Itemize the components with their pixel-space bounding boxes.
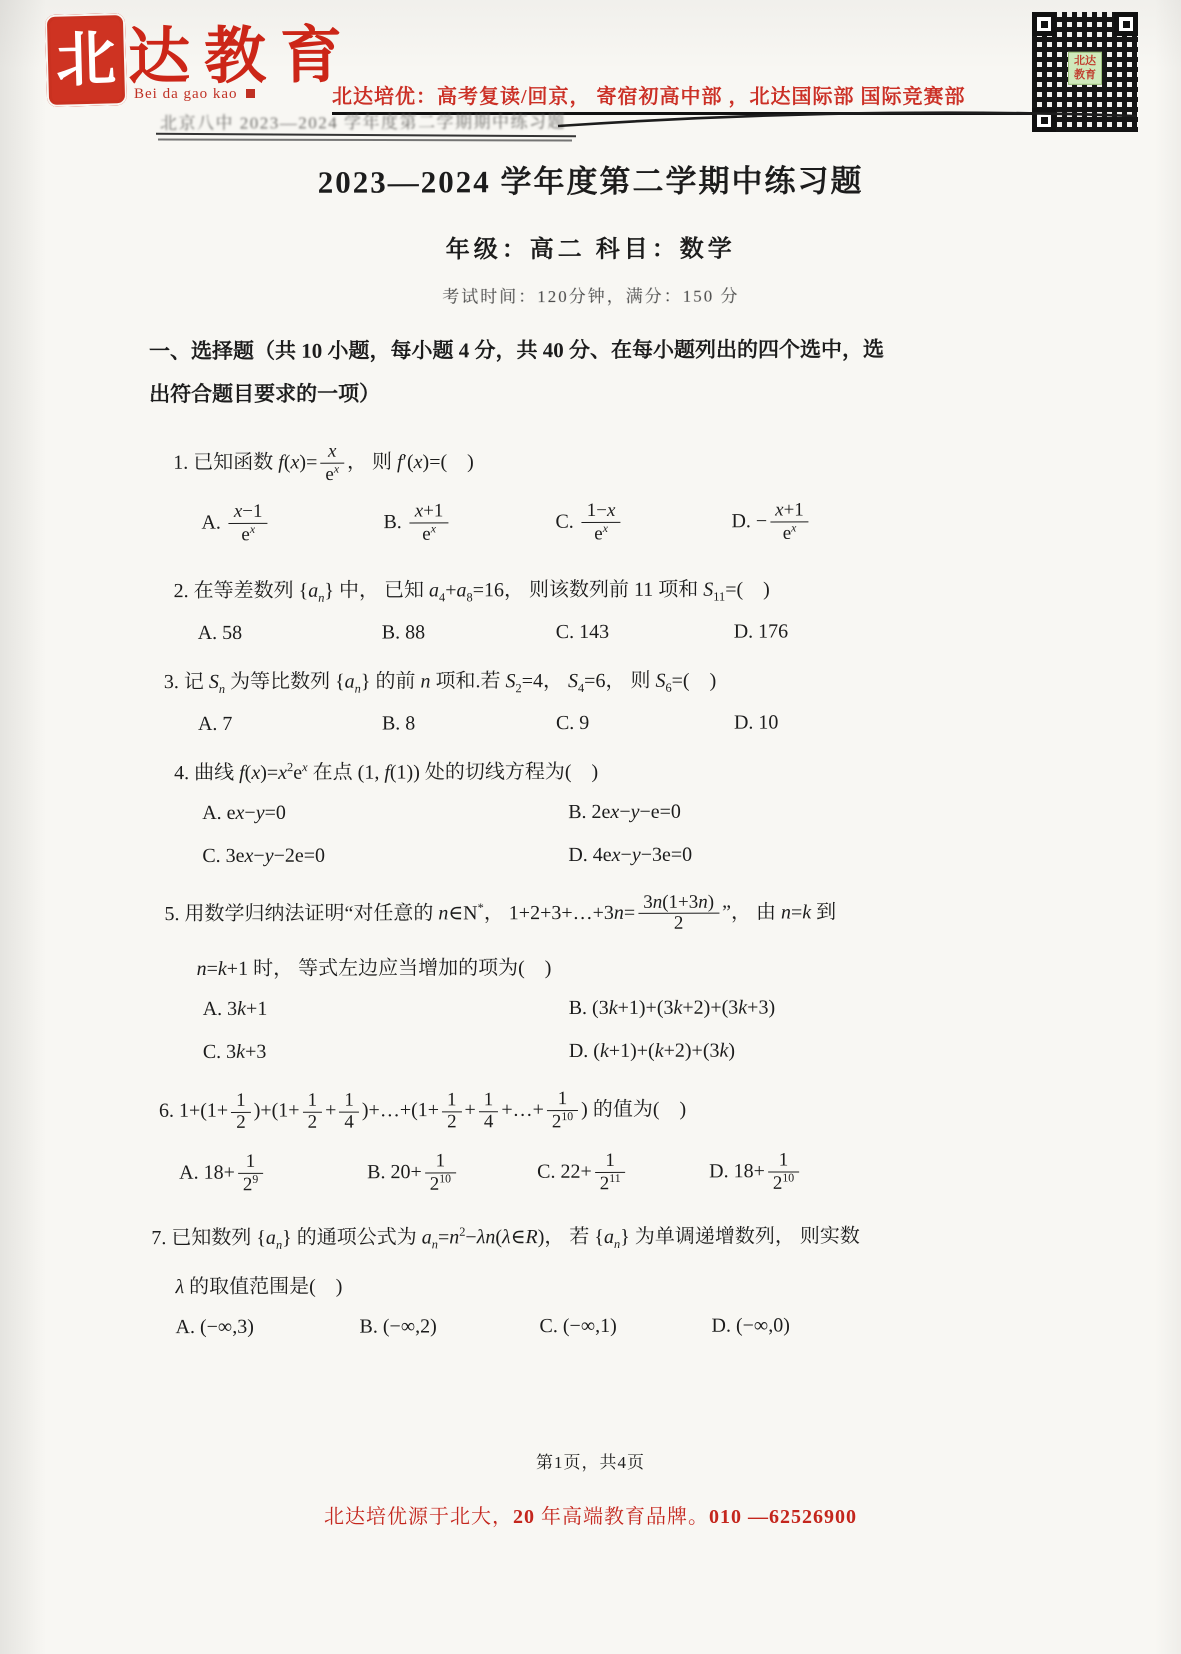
brand-seal-logo: 北	[45, 13, 127, 107]
option-d: D. −x+1ex	[731, 500, 1033, 545]
option-a: A. ex−y=0	[202, 801, 568, 825]
option-b: B. x+1ex	[383, 501, 555, 546]
option-c: C. 1−xex	[555, 501, 731, 546]
option-b: B. 2ex−y−e=0	[568, 799, 1034, 823]
question-6-options: A. 18+129 B. 20+1210 C. 22+1211 D. 18+12…	[151, 1150, 1035, 1196]
scan-artifact-line	[556, 104, 1138, 130]
qr-finder-top-right	[1114, 12, 1138, 36]
option-c: C. (−∞,1)	[540, 1315, 712, 1338]
option-b: B. 8	[382, 712, 556, 735]
exam-title: 2023—2024 学年度第二学期中练习题	[148, 141, 1032, 202]
question-6: 6. 1+(1+12)+(1+12+14)+…+(1+12+14+…+1210)…	[151, 1088, 1035, 1197]
ghost-underline	[156, 133, 576, 138]
option-c: C. 143	[556, 621, 734, 644]
question-3: 3. 记 Sn 为等比数列 {an} 的前 n 项和.若 S2=4， S4=6，…	[150, 665, 1034, 736]
option-d: D. 4ex−y−3e=0	[568, 842, 1034, 866]
question-1: 1. 已知函数 f(x)=xex， 则 f′(x)=( ) A. x−1ex B…	[149, 440, 1033, 547]
question-7-stem: 7. 已知数列 {an} 的通项公式为 an=n2−λn(λ∈R)， 若 {an…	[151, 1220, 1035, 1254]
question-5-stem: 5. 用数学归纳法证明“对任意的 n∈N*， 1+2+3+…+3n=3n(1+3…	[150, 891, 1034, 936]
question-7: 7. 已知数列 {an} 的通项公式为 an=n2−λn(λ∈R)， 若 {an…	[151, 1220, 1035, 1339]
brand-subtitle-mark	[246, 89, 255, 98]
option-d: D. (−∞,0)	[712, 1314, 1036, 1338]
option-a: A. 58	[198, 621, 382, 644]
footer-tagline: 北达培优源于北大，20 年高端教育品牌。010 —62526900	[0, 1500, 1181, 1529]
question-4-stem: 4. 曲线 f(x)=x2ex 在点 (1, f(1)) 处的切线方程为( )	[150, 755, 1034, 787]
footer-text-1: 北达培优源于北大，	[324, 1506, 513, 1528]
question-2-options: A. 58 B. 88 C. 143 D. 176	[150, 620, 1034, 645]
question-6-stem: 6. 1+(1+12)+(1+12+14)+…+(1+12+14+…+1210)…	[151, 1088, 1035, 1134]
section-heading-line1: 一、选择题（共 10 小题，每小题 4 分，共 40 分、在每小题列出的四个选中…	[149, 328, 1033, 373]
question-3-stem: 3. 记 Sn 为等比数列 {an} 的前 n 项和.若 S2=4， S4=6，…	[150, 665, 1034, 699]
question-5: 5. 用数学归纳法证明“对任意的 n∈N*， 1+2+3+…+3n=3n(1+3…	[150, 891, 1034, 1064]
footer-text-2: 年高端教育品牌。	[535, 1506, 709, 1528]
option-c: C. 9	[556, 711, 734, 734]
question-2-stem: 2. 在等差数列 {an} 中， 已知 a4+a8=16， 则该数列前 11 项…	[150, 574, 1034, 608]
option-a: A. x−1ex	[201, 502, 383, 547]
brand-seal-character: 北	[55, 29, 117, 91]
option-d: D. 18+1210	[709, 1150, 1035, 1195]
question-5-stem-cont: n=k+1 时， 等式左边应当增加的项为( )	[151, 952, 1035, 984]
section-heading: 一、选择题（共 10 小题，每小题 4 分，共 40 分、在每小题列出的四个选中…	[149, 328, 1033, 416]
exam-page: 2023—2024 学年度第二学期中练习题 年级：高二 科目：数学 考试时间：1…	[148, 141, 1035, 1339]
option-d: D. 176	[734, 620, 1034, 644]
option-a: A. 3k+1	[203, 997, 569, 1021]
brand-subtitle: Bei da gao kao	[134, 86, 255, 103]
footer-bold-years: 20	[513, 1506, 535, 1528]
option-b: B. 20+1210	[367, 1152, 537, 1197]
option-c: C. 3k+3	[203, 1040, 569, 1064]
option-b: B. (3k+1)+(3k+2)+(3k+3)	[569, 996, 1035, 1020]
exam-subtitle: 年级：高二 科目：数学	[149, 228, 1033, 265]
brand-subtitle-text: Bei da gao kao	[134, 86, 238, 102]
option-a: A. 18+129	[179, 1152, 367, 1197]
option-c: C. 22+1211	[537, 1151, 709, 1196]
option-c: C. 3ex−y−2e=0	[202, 844, 568, 868]
question-4-options: A. ex−y=0 B. 2ex−y−e=0 C. 3ex−y−2e=0 D. …	[150, 799, 1034, 867]
option-b: B. (−∞,2)	[360, 1315, 540, 1338]
option-b: B. 88	[382, 621, 556, 644]
qr-center-label: 北达 教育	[1068, 52, 1102, 84]
question-1-stem: 1. 已知函数 f(x)=xex， 则 f′(x)=( )	[149, 440, 1033, 486]
question-2: 2. 在等差数列 {an} 中， 已知 a4+a8=16， 则该数列前 11 项…	[150, 574, 1034, 645]
option-a: A. (−∞,3)	[176, 1316, 360, 1339]
question-1-options: A. x−1ex B. x+1ex C. 1−xex D. −x+1ex	[149, 500, 1033, 546]
footer-phone: 010 —62526900	[709, 1506, 857, 1528]
option-a: A. 7	[198, 712, 382, 735]
section-heading-line2: 出符合题目要求的一项）	[149, 371, 1033, 416]
ghost-underline	[158, 138, 572, 141]
question-5-options: A. 3k+1 B. (3k+1)+(3k+2)+(3k+3) C. 3k+3 …	[151, 996, 1035, 1064]
question-4: 4. 曲线 f(x)=x2ex 在点 (1, f(1)) 处的切线方程为( ) …	[150, 755, 1034, 867]
question-3-options: A. 7 B. 8 C. 9 D. 10	[150, 710, 1034, 735]
option-d: D. 10	[734, 710, 1034, 734]
question-7-options: A. (−∞,3) B. (−∞,2) C. (−∞,1) D. (−∞,0)	[152, 1314, 1036, 1339]
question-7-stem-cont: λ 的取值范围是( )	[151, 1270, 1035, 1302]
qr-finder-top-left	[1032, 12, 1056, 36]
option-d: D. (k+1)+(k+2)+(3k)	[569, 1039, 1035, 1063]
exam-meta: 考试时间：120分钟，满分：150 分	[149, 281, 1033, 308]
page-number: 第1页，共4页	[0, 1448, 1181, 1473]
